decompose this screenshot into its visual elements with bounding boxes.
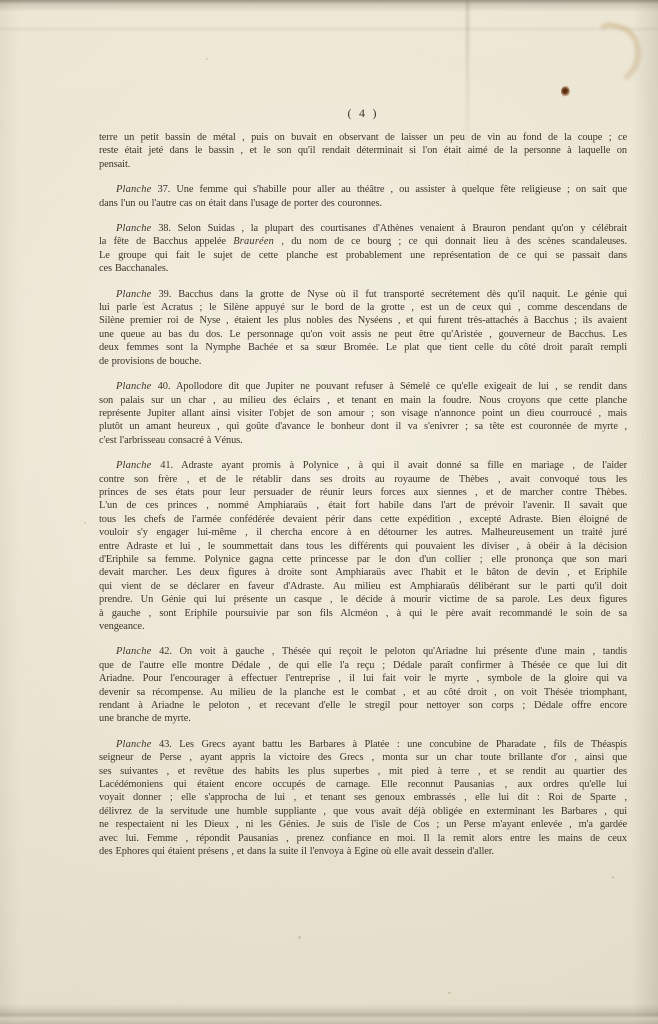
text-line: pensait.	[99, 158, 627, 171]
text-line: que de l'autre elle montre Dédale , de q…	[99, 659, 627, 672]
text-line: vengeance.	[99, 620, 627, 633]
text-line: qui vient de se déclarer en faveur d'Adr…	[99, 580, 627, 593]
text-line: terre un petit bassin de métal , puis on…	[99, 131, 627, 144]
foxing-speck	[448, 992, 451, 994]
scan-edge-bottom	[0, 1004, 658, 1024]
text-line: plutôt un amant heureux , qui goûte d'av…	[99, 420, 627, 433]
text-line: délivrez de la servitude une humble supp…	[99, 805, 627, 818]
scan-edge-top	[0, 0, 658, 12]
text-line: lui parle est Acratus ; le Silène appuyé…	[99, 301, 627, 314]
text-line: Planche 38. Selon Suidas , la plupart de…	[99, 222, 627, 235]
text-line: princes de ses états pour leur persuader…	[99, 486, 627, 499]
text-line: seigneur de Perse , ayant appris la vict…	[99, 751, 627, 764]
text-line: tous les chefs de l'armée confédérée dev…	[99, 513, 627, 526]
text-line: représente Jupiter allant ainsi visiter …	[99, 407, 627, 420]
text-line: Planche 43. Les Grecs ayant battu les Ba…	[99, 738, 627, 751]
paragraph-planche-41: Planche 41. Adraste ayant promis à Polyn…	[99, 459, 627, 633]
text-line: reste était jeté dans le bassin , et le …	[99, 144, 627, 157]
paragraph-planche-42: Planche 42. On voit à gauche , Thésée qu…	[99, 645, 627, 725]
text-line: Le groupe qui fait le sujet de cette pla…	[99, 249, 627, 262]
paragraph-planche-38: Planche 38. Selon Suidas , la plupart de…	[99, 222, 627, 276]
text-line: L'un de ces princes , nommé Amphiaraüs ,…	[99, 499, 627, 512]
scanned-book-page: ( 4 ) terre un petit bassin de métal , p…	[0, 0, 658, 1024]
text-line: Planche 40. Apollodore dit que Jupiter n…	[99, 380, 627, 393]
text-line: vouloir s'y engager lui-même , il cherch…	[99, 526, 627, 539]
paragraph-planche-39: Planche 39. Bacchus dans la grotte de Ny…	[99, 288, 627, 368]
text-line: Silène premier roi de Nyse , étaient les…	[99, 314, 627, 327]
text-line: contre son frère , et de le rétablir dan…	[99, 473, 627, 486]
text-line: dans l'un ou l'autre cas on était dans l…	[99, 197, 627, 210]
text-line: devenir sa récompense. Au milieu de la p…	[99, 686, 627, 699]
foxing-speck	[206, 58, 208, 60]
text-line: Planche 39. Bacchus dans la grotte de Ny…	[99, 288, 627, 301]
text-line: avec lui. Femme , répondit Pausanias , p…	[99, 832, 627, 845]
text-line: devait marcher. Les deux figures à droit…	[99, 566, 627, 579]
text-line: son palais sur un char , au milieu des é…	[99, 394, 627, 407]
text-line: Planche 42. On voit à gauche , Thésée qu…	[99, 645, 627, 658]
paragraphs-container: terre un petit bassin de métal , puis on…	[99, 131, 627, 859]
text-line: Planche 37. Une femme qui s'habille pour…	[99, 183, 627, 196]
foxing-speck	[84, 522, 86, 524]
text-line: Planche 41. Adraste ayant promis à Polyn…	[99, 459, 627, 472]
paper-crease-horizontal	[0, 27, 658, 31]
foxing-speck	[298, 936, 301, 939]
text-line: ces Bacchanales.	[99, 262, 627, 275]
text-line: une queue au bas du dos. Le personnage q…	[99, 328, 627, 341]
text-block: ( 4 ) terre un petit bassin de métal , p…	[99, 106, 627, 859]
paragraph-continuation: terre un petit bassin de métal , puis on…	[99, 131, 627, 171]
text-line: c'est l'arbrisseau consacré à Vénus.	[99, 434, 627, 447]
text-line: entre Adraste et lui , le soummettait da…	[99, 540, 627, 553]
page-number: ( 4 )	[99, 106, 627, 120]
text-line: de provisions de bouche.	[99, 355, 627, 368]
text-line: deux femmes sont la Nymphe Bachée et sa …	[99, 341, 627, 354]
paragraph-planche-37: Planche 37. Une femme qui s'habille pour…	[99, 183, 627, 210]
text-line: à gauche , sont Eriphile poursuivie par …	[99, 607, 627, 620]
text-line: des Ephores qui étaient présens , et dan…	[99, 845, 627, 858]
paragraph-planche-40: Planche 40. Apollodore dit que Jupiter n…	[99, 380, 627, 447]
text-line: Lacédémoniens qui étaient encore occupés…	[99, 778, 627, 791]
paper-stain-dot	[561, 86, 570, 97]
text-line: voyait donner ; elle s'approcha de lui ,…	[99, 791, 627, 804]
text-line: ses suivantes , et revêtue des habits le…	[99, 765, 627, 778]
text-line: d'Eriphile sa femme. Polynice gagna cett…	[99, 553, 627, 566]
foxing-speck	[612, 876, 614, 879]
text-line: prendre. Un Génie qui lui présente un ca…	[99, 593, 627, 606]
paragraph-planche-43: Planche 43. Les Grecs ayant battu les Ba…	[99, 738, 627, 859]
text-line: ne respectaient ni les Dieux , ni les Gé…	[99, 818, 627, 831]
text-line: la fête de Bacchus appelée Brauréen , du…	[99, 235, 627, 248]
text-line: rendant à Ariadne le peloton , et receva…	[99, 699, 627, 712]
text-line: Ariadne. Pour l'encourager à effectuer l…	[99, 672, 627, 685]
text-line: une branche de myrte.	[99, 712, 627, 725]
